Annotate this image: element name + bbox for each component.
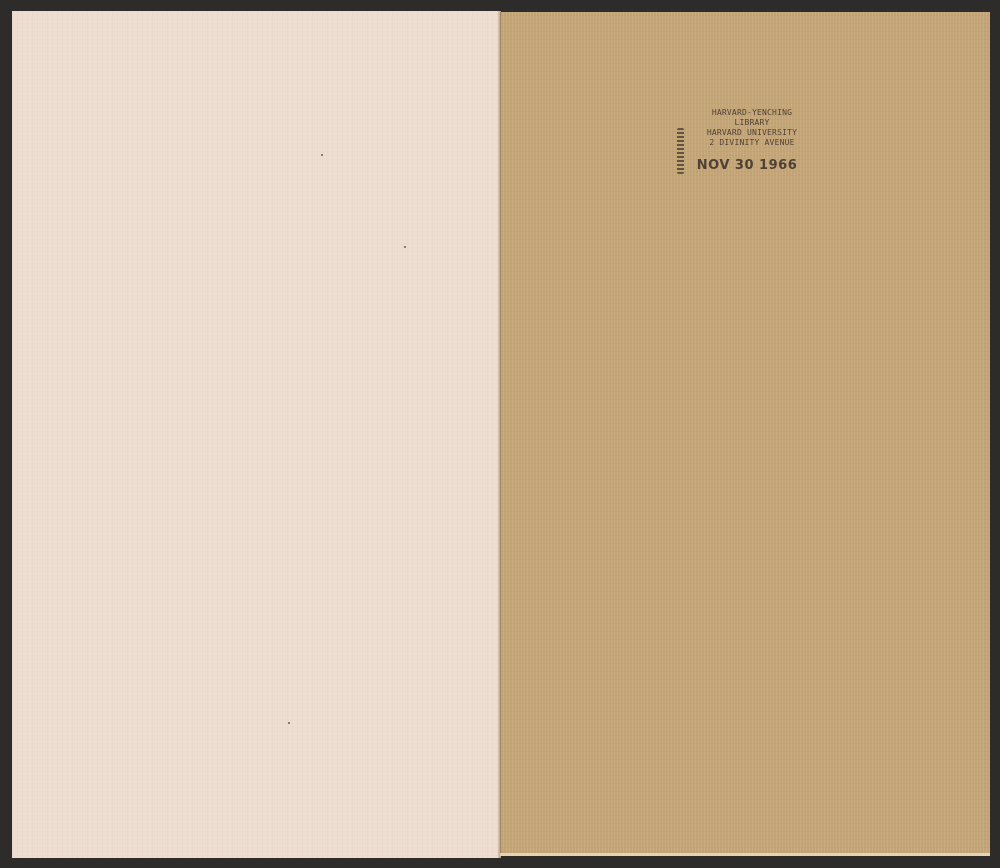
paper-speck — [404, 246, 406, 248]
left-blank-page — [12, 11, 501, 858]
stamp-line-library: HARVARD-YENCHING LIBRARY — [692, 108, 812, 128]
paper-speck — [321, 154, 323, 156]
stamp-line-university: HARVARD UNIVERSITY — [692, 128, 812, 138]
stamp-date: NOV 30 1966 — [682, 158, 812, 173]
stamp-line-address: 2 DIVINITY AVENUE — [692, 138, 812, 148]
library-stamp: HARVARD-YENCHING LIBRARY HARVARD UNIVERS… — [692, 108, 812, 173]
paper-speck — [288, 722, 290, 724]
